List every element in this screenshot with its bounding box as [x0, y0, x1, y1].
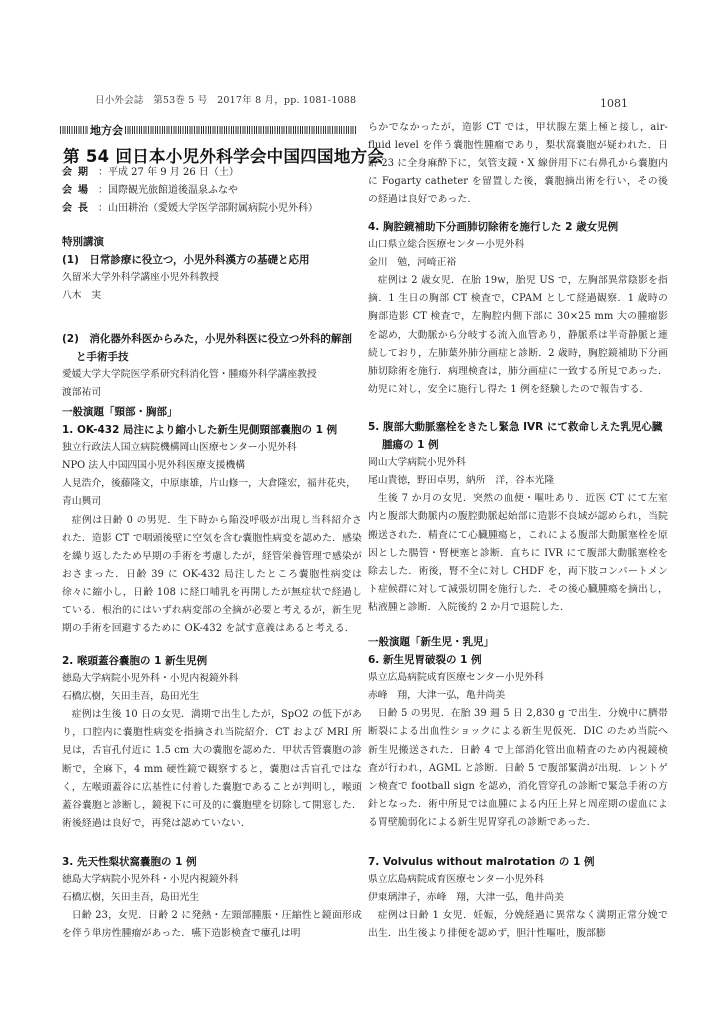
talk-authors: 石橋広樹，矢田圭吾，島田光生: [62, 688, 362, 706]
special-lecture-2: (2) 消化器外科医からみた，小児外科医に役立つ外科的解剖と手術手技 愛媛大学大…: [62, 330, 362, 402]
section-bar: 地方会: [60, 123, 356, 137]
talk-affiliation: 徳島大学病院小児外科・小児内視鏡外科: [62, 871, 362, 889]
talk-1: 一般演題「頸部・胸部」 1. OK-432 局注により縮小した新生児側頸部嚢胞の…: [62, 403, 362, 638]
meeting-venue-label: 会場: [62, 182, 98, 200]
session-heading: 一般演題「新生児・乳児」: [368, 633, 668, 651]
talk-authors: 人見浩介，後藤隆文，中原康雄，片山修一，大倉隆宏，福井花央，青山興司: [62, 475, 362, 511]
page-number: 1081: [600, 97, 628, 110]
talk-abstract: 症例は生後 10 日の女児．満期で出生したが，SpO2 の低下があり，口腔内に嚢…: [62, 706, 362, 833]
talk-abstract-part1: 日齢 23，女児．日齢 2 に発熱・左頸部腫脹・圧縮性と鏡面形成を伴う単房性腫瘤…: [62, 907, 362, 943]
talk-abstract: 症例は日齢 0 の男児．生下時から陥没呼吸が出現し当科紹介された．造影 CT で…: [62, 512, 362, 639]
talk-affiliation: 独立行政法人国立病院機構岡山医療センター小児外科: [62, 439, 362, 457]
hatch-rule-left: [60, 126, 88, 134]
talk-title: 7. Volvulus without malrotation の 1 例: [368, 853, 668, 871]
meeting-chair-label: 会長: [62, 200, 98, 218]
talk-title: 2. 喉頭蓋谷嚢胞の 1 新生児例: [62, 652, 362, 670]
lecture-title: (2) 消化器外科医からみた，小児外科医に役立つ外科的解剖と手術手技: [62, 330, 362, 366]
meeting-date-value: ：平成 27 年 9 月 26 日（土）: [98, 167, 239, 178]
running-head: 日小外会誌 第53巻 5 号 2017年 8 月，pp. 1081-1088: [95, 92, 356, 106]
talk-title: 1. OK-432 局注により縮小した新生児側頸部嚢胞の 1 例: [62, 421, 362, 439]
talk-affiliation: 岡山大学病院小児外科: [368, 454, 668, 472]
lecture-affiliation: 愛媛大学大学院医学系研究科消化管・腫瘍外科学講座教授: [62, 366, 362, 384]
talk-abstract: 症例は日齢 1 女児．妊娠，分娩経過に異常なく満期正常分娩で出生．出生後より排便…: [368, 907, 668, 943]
talk-abstract: 症例は 2 歳女児．在胎 19w，胎児 US で，左胸部異常陰影を指摘．1 生日…: [368, 272, 668, 399]
talk-affiliation: 山口県立総合医療センター小児外科: [368, 236, 668, 254]
special-lectures-heading: 特別講演: [62, 233, 362, 251]
talk-3-continued: らかでなかったが，造影 CT では，甲状腺左葉上極と接し，air-fluid l…: [368, 119, 668, 209]
talk-title: 5. 腹部大動脈塞栓をきたし緊急 IVR にて救命しえた乳児心臓腫瘍の 1 例: [368, 418, 668, 454]
talk-abstract: 日齢 5 の男児．在胎 39 週 5 日 2,830 g で出生．分娩中に臍帯断…: [368, 705, 668, 832]
talk-authors: 尾山貴徳，野田卓男，納所 洋，谷本光隆: [368, 472, 668, 490]
talk-6: 一般演題「新生児・乳児」 6. 新生児胃破裂の 1 例 県立広島病院成育医療セン…: [368, 633, 668, 832]
talk-title: 3. 先天性梨状窩嚢胞の 1 例: [62, 853, 362, 871]
section-bar-label: 地方会: [88, 122, 125, 138]
talk-3: 3. 先天性梨状窩嚢胞の 1 例 徳島大学病院小児外科・小児内視鏡外科 石橋広樹…: [62, 853, 362, 943]
lecture-affiliation: 久留米大学外科学講座小児外科教授: [62, 269, 362, 287]
talk-abstract: 生後 7 か月の女児．突然の血便・嘔吐あり．近医 CT にて左室内と腹部大動脈内…: [368, 490, 668, 617]
talk-affiliation: 県立広島病院成育医療センター小児外科: [368, 871, 668, 889]
talk-7: 7. Volvulus without malrotation の 1 例 県立…: [368, 853, 668, 943]
talk-abstract-part2: らかでなかったが，造影 CT では，甲状腺左葉上極と接し，air-fluid l…: [368, 119, 668, 209]
talk-5: 5. 腹部大動脈塞栓をきたし緊急 IVR にて救命しえた乳児心臓腫瘍の 1 例 …: [368, 418, 668, 617]
session-heading: 一般演題「頸部・胸部」: [62, 403, 362, 421]
meeting-chair-value: ：山田耕治（愛媛大学医学部附属病院小児外科）: [98, 203, 318, 214]
meeting-chair: 会長：山田耕治（愛媛大学医学部附属病院小児外科）: [62, 200, 318, 218]
meeting-date-label: 会期: [62, 164, 98, 182]
talk-affiliation: 県立広島病院成育医療センター小児外科: [368, 669, 668, 687]
talk-affiliation: 徳島大学病院小児外科・小児内視鏡外科: [62, 670, 362, 688]
talk-authors: 石橋広樹，矢田圭吾，島田光生: [62, 889, 362, 907]
special-lectures: 特別講演 (1) 日常診療に役立つ，小児外科漢方の基礎と応用 久留米大学外科学講…: [62, 233, 362, 305]
talk-title: 6. 新生児胃破裂の 1 例: [368, 651, 668, 669]
meeting-date: 会期：平成 27 年 9 月 26 日（土）: [62, 164, 239, 182]
talk-authors: 赤峰 翔，大津一弘，亀井尚美: [368, 687, 668, 705]
meeting-venue-value: ：国際観光旅館道後温泉ふなや: [98, 185, 238, 196]
lecture-title: (1) 日常診療に役立つ，小児外科漢方の基礎と応用: [62, 251, 362, 269]
talk-4: 4. 胸腔鏡補助下分画肺切除術を施行した 2 歳女児例 山口県立総合医療センター…: [368, 218, 668, 399]
meeting-venue: 会場：国際観光旅館道後温泉ふなや: [62, 182, 238, 200]
talk-2: 2. 喉頭蓋谷嚢胞の 1 新生児例 徳島大学病院小児外科・小児内視鏡外科 石橋広…: [62, 652, 362, 833]
talk-authors: 伊東璃津子，赤峰 翔，大津一弘，亀井尚美: [368, 889, 668, 907]
talk-title: 4. 胸腔鏡補助下分画肺切除術を施行した 2 歳女児例: [368, 218, 668, 236]
talk-affiliation: NPO 法人中国四国小児外科医療支援機構: [62, 457, 362, 475]
lecture-author: 八木 実: [62, 287, 362, 305]
lecture-author: 渡部祐司: [62, 384, 362, 402]
hatch-rule-right: [125, 126, 356, 134]
talk-authors: 金川 勉，河崎正裕: [368, 254, 668, 272]
